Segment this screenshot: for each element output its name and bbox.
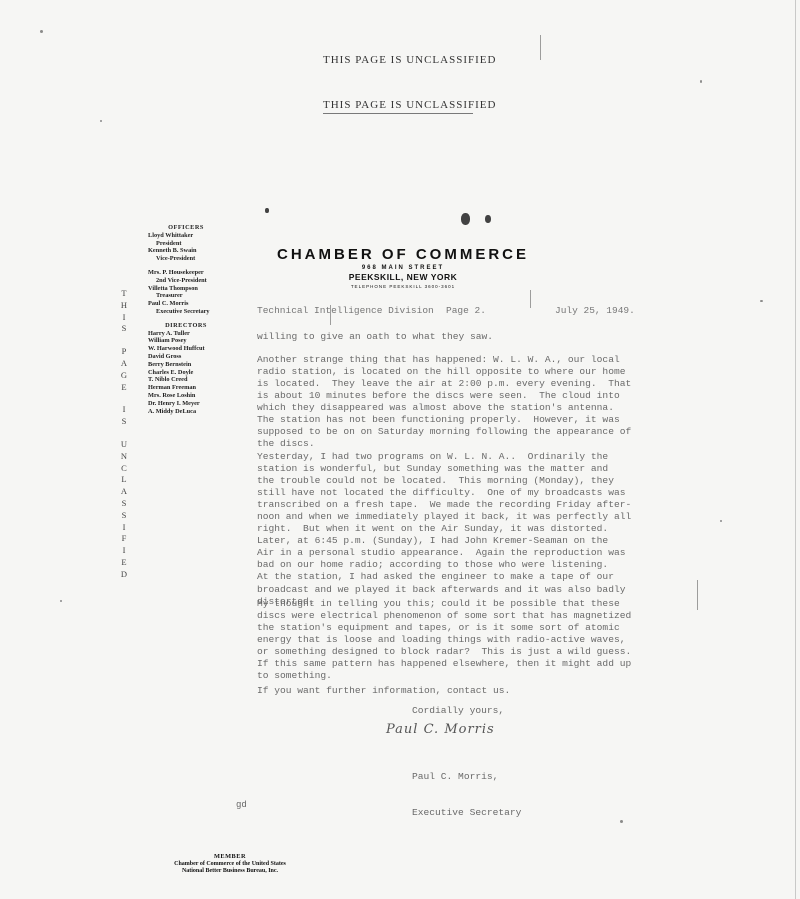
classification-stamp-top: THIS PAGE IS UNCLASSIFIED <box>323 54 496 66</box>
stamp-letter: D <box>118 569 130 581</box>
recipient-division: Technical Intelligence Division <box>257 305 434 316</box>
stamp-underline <box>323 113 473 114</box>
page-edge <box>795 0 796 899</box>
stamp-letter: A <box>118 486 130 498</box>
ink-blot <box>461 213 470 225</box>
stamp-letter: S <box>118 498 130 510</box>
paragraph-contact: If you want further information, contact… <box>257 685 667 697</box>
officer-title: Vice-President <box>156 255 276 263</box>
letter-date: July 25, 1949. <box>555 305 635 316</box>
stamp-letter: F <box>118 533 130 545</box>
organization-name: CHAMBER OF COMMERCE <box>272 246 534 263</box>
ink-blot <box>485 215 491 223</box>
officer-title: Treasurer <box>156 292 276 300</box>
stamp-letter: E <box>118 382 130 394</box>
vertical-classification-stamp: T H I S P A G E I S U N C L A S S I F I … <box>118 288 130 581</box>
stamp-letter: S <box>118 416 130 428</box>
officers-heading: OFFICERS <box>151 224 221 232</box>
classification-stamp-second: THIS PAGE IS UNCLASSIFIED <box>323 99 496 111</box>
stamp-letter: S <box>118 510 130 522</box>
ink-blot <box>265 208 269 213</box>
speck <box>40 30 43 33</box>
stamp-letter: H <box>118 300 130 312</box>
paragraph-radio-station: Another strange thing that has happened:… <box>257 354 667 450</box>
officer-name: Villetta Thompson <box>148 285 276 293</box>
directors-heading: DIRECTORS <box>151 322 221 330</box>
paragraph-continuation: willing to give an oath to what they saw… <box>257 331 667 343</box>
stamp-letter: E <box>118 557 130 569</box>
member-line-2: National Better Business Bureau, Inc. <box>160 868 300 876</box>
signer-block: Paul C. Morris, Executive Secretary <box>412 747 521 843</box>
stamp-letter: I <box>118 404 130 416</box>
stamp-letter: I <box>118 312 130 324</box>
streak <box>540 35 541 60</box>
member-heading: MEMBER <box>160 853 300 861</box>
streak <box>530 290 531 308</box>
organization-street: 968 MAIN STREET <box>272 265 534 271</box>
stamp-letter: G <box>118 370 130 382</box>
speck <box>60 600 62 602</box>
officer-title: President <box>156 240 276 248</box>
speck <box>700 80 702 83</box>
officer-name: Lloyd Whittaker <box>148 232 276 240</box>
streak <box>697 580 698 610</box>
stamp-gap <box>118 335 130 346</box>
organization-telephone: TELEPHONE PEEKSKILL 3600-3601 <box>272 284 534 289</box>
stamp-letter: T <box>118 288 130 300</box>
stamp-letter: U <box>118 439 130 451</box>
page-number: Page 2. <box>446 305 486 316</box>
signer-name: Paul C. Morris, <box>412 771 521 783</box>
stamp-letter: S <box>118 323 130 335</box>
closing-salutation: Cordially yours, <box>412 705 504 717</box>
organization-city: PEEKSKILL, NEW YORK <box>272 272 534 282</box>
stamp-letter: L <box>118 474 130 486</box>
officer-name: Kenneth B. Swain <box>148 247 276 255</box>
typist-initials: gd <box>236 800 247 810</box>
director-name: W. Harwood Huffcut <box>148 345 276 353</box>
speck <box>720 520 722 522</box>
stamp-letter: P <box>118 346 130 358</box>
stamp-gap <box>118 428 130 439</box>
stamp-letter: N <box>118 451 130 463</box>
signer-title: Executive Secretary <box>412 807 521 819</box>
letterhead: CHAMBER OF COMMERCE 968 MAIN STREET PEEK… <box>272 246 534 289</box>
stamp-letter: I <box>118 522 130 534</box>
stamp-gap <box>118 393 130 404</box>
stamp-letter: I <box>118 545 130 557</box>
paragraph-broadcasts: Yesterday, I had two programs on W. L. N… <box>257 451 667 608</box>
officer-name: Mrs. P. Housekeeper <box>148 269 276 277</box>
speck <box>100 120 102 122</box>
member-line-1: Chamber of Commerce of the United States <box>160 861 300 869</box>
membership-footer: MEMBER Chamber of Commerce of the United… <box>160 853 300 876</box>
paragraph-theory: My thought in telling you this; could it… <box>257 598 667 682</box>
stamp-letter: A <box>118 358 130 370</box>
speck <box>760 300 763 302</box>
stamp-letter: C <box>118 463 130 475</box>
document-page: THIS PAGE IS UNCLASSIFIED THIS PAGE IS U… <box>0 0 800 899</box>
speck <box>620 820 623 823</box>
handwritten-signature: Paul C. Morris <box>386 722 495 737</box>
officer-title: 2nd Vice-President <box>156 277 276 285</box>
